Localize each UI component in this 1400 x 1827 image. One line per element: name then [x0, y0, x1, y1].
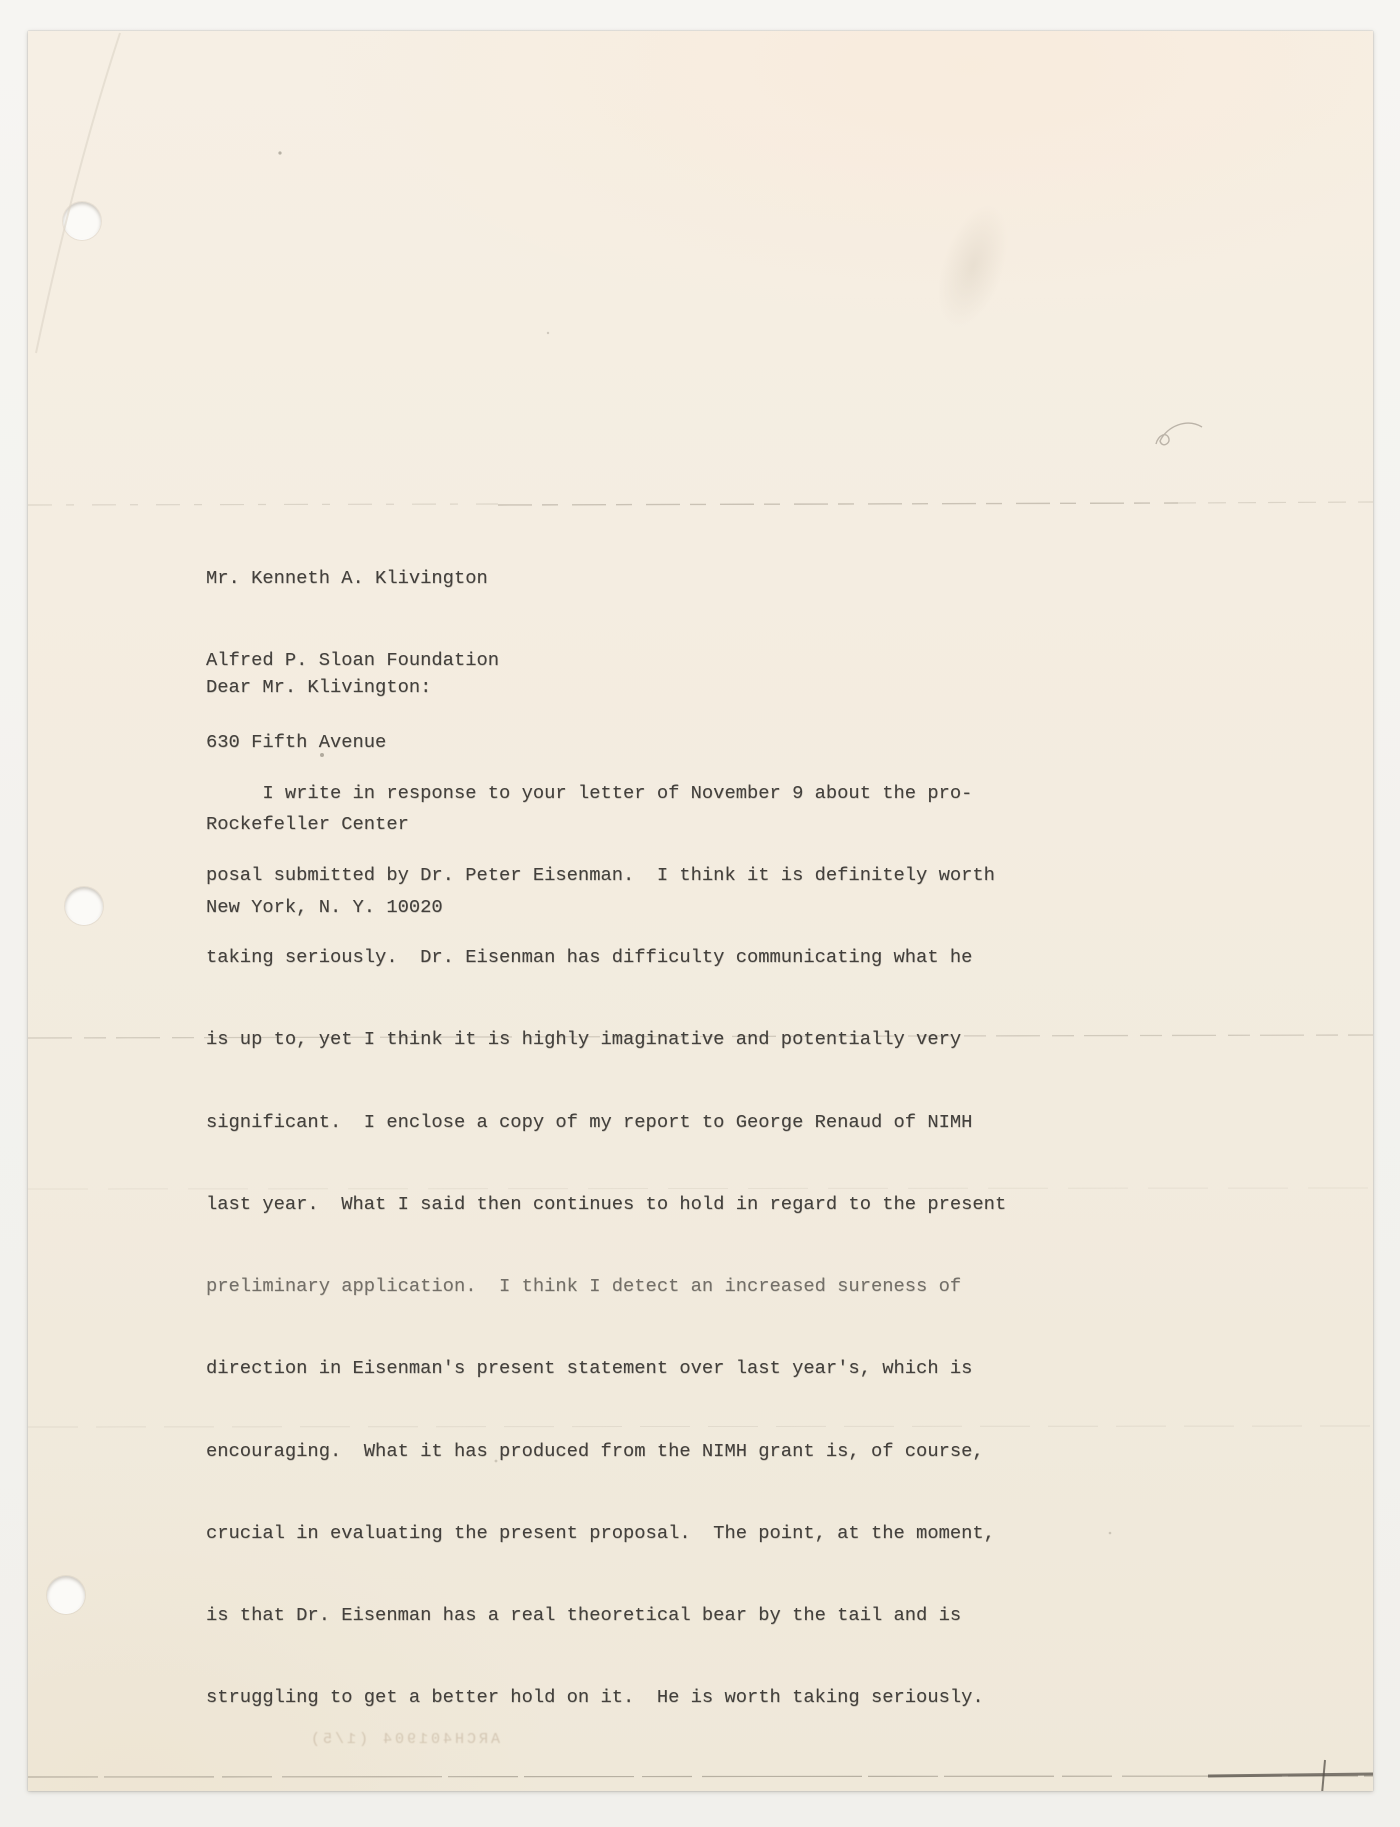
salutation: Dear Mr. Klivington:: [206, 674, 431, 701]
letter-body-line: crucial in evaluating the present propos…: [206, 1520, 1006, 1547]
recipient-address-line: Mr. Kenneth A. Klivington: [206, 565, 499, 592]
letter-body-line: encouraging. What it has produced from t…: [206, 1438, 1006, 1465]
fold-crease-line-1: [28, 502, 1373, 505]
punch-hole-top: [63, 202, 101, 240]
letter-body-line: is up to, yet I think it is highly imagi…: [206, 1026, 1006, 1053]
pencil-mark: [1156, 423, 1202, 445]
letter-body-line: last year. What I said then continues to…: [206, 1191, 1006, 1218]
corner-crease: [36, 33, 120, 353]
letter-body-line: struggling to get a better hold on it. H…: [206, 1684, 1006, 1711]
scanned-letter-screenshot: { "colors": { "background": "#f3f2ee", "…: [0, 0, 1400, 1827]
punch-hole-middle: [65, 887, 103, 925]
paper-smudge: [904, 171, 1042, 360]
punch-hole-bottom: [47, 1576, 85, 1614]
letter-body-line: I write in response to your letter of No…: [206, 780, 1006, 807]
letter-page: Mr. Kenneth A. Klivington Alfred P. Sloa…: [28, 31, 1373, 1791]
letter-body-line: taking seriously. Dr. Eisenman has diffi…: [206, 944, 1006, 971]
letter-body: I write in response to your letter of No…: [206, 725, 1006, 1766]
letter-body-line: posal submitted by Dr. Peter Eisenman. I…: [206, 862, 1006, 889]
letter-body-line: preliminary application. I think I detec…: [206, 1273, 1006, 1300]
letter-body-line: is that Dr. Eisenman has a real theoreti…: [206, 1602, 1006, 1629]
recipient-address-line: Alfred P. Sloan Foundation: [206, 647, 499, 674]
show-through-text: ARCH401904 (1/5): [220, 1731, 500, 1748]
letter-body-line: significant. I enclose a copy of my repo…: [206, 1109, 1006, 1136]
letter-body-line: direction in Eisenman's present statemen…: [206, 1355, 1006, 1382]
